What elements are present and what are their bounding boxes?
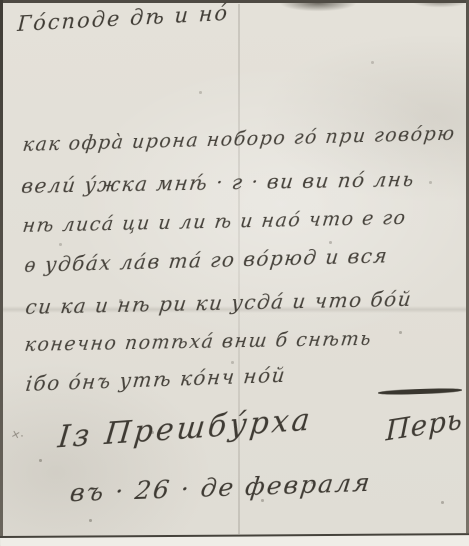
letter-scan: Го́споде дѣ и но́ как офра̀ ирона ноборо…	[0, 0, 469, 546]
scan-edge-left	[0, 0, 3, 546]
scan-bottom-edge	[0, 533, 469, 546]
scan-edge-top	[0, 0, 469, 3]
paper-speckles	[0, 0, 1, 1]
